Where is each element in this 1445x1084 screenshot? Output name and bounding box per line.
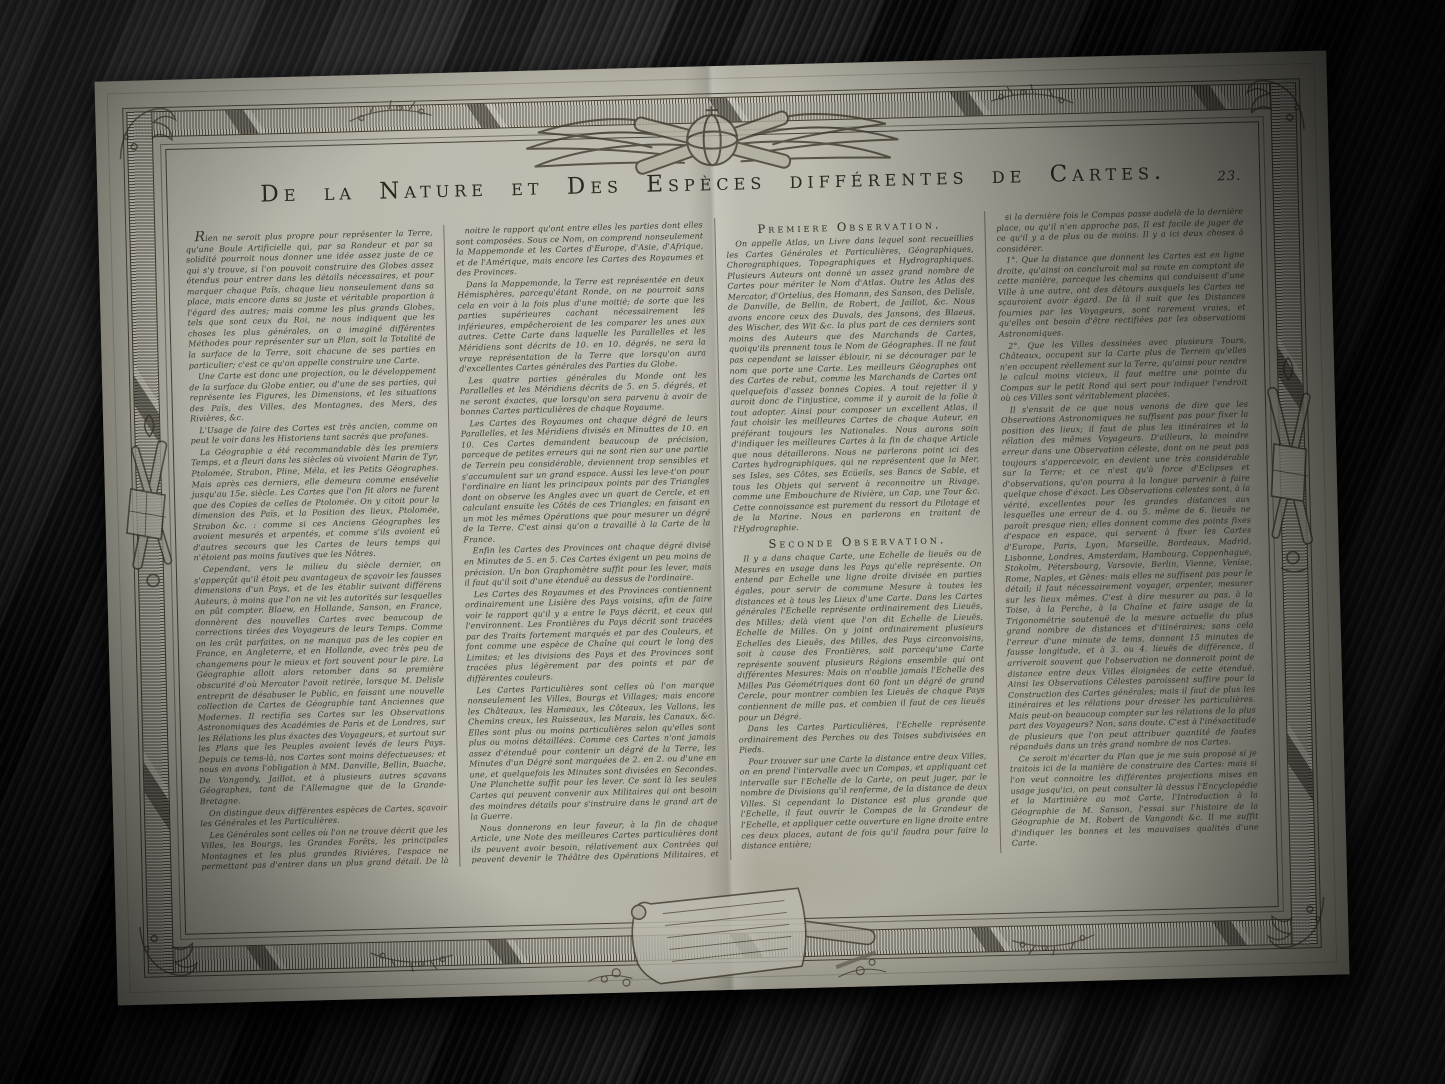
paragraph: Pour trouver sur une Carte la distance e… — [739, 751, 989, 852]
paragraph: Les Générales sont celles où l'on ne tro… — [200, 825, 449, 874]
paragraph: Les quatre parties générales du Monde on… — [459, 370, 707, 418]
paragraph: Nous donnerons en leur faveur, à la fin … — [471, 818, 720, 867]
paragraph: Une Carte est donc une projection, ou le… — [189, 366, 438, 425]
paragraph: Les Cartes Particulières sont celles où … — [467, 680, 718, 823]
paragraph: Cependant, vers le milieu du siècle dern… — [194, 559, 447, 808]
paragraph: Ce seroit m'écarter du Plan que je me su… — [1010, 748, 1260, 849]
paragraph: Rien ne seroit plus propre pour représen… — [185, 227, 436, 371]
column-2: noitre le rapport qu'ont entre elles les… — [443, 218, 729, 867]
column-3: Premiere Observation. On appelle Atlas, … — [714, 211, 1000, 860]
paragraph: Dans la Mappemonde, la Terre est représe… — [457, 274, 707, 375]
text-columns: Rien ne seroit plus propre pour représen… — [174, 204, 1270, 873]
paragraph: La Géographie a été recommandable dès le… — [191, 442, 441, 564]
paragraph: Il y a dans chaque Carte, une Echelle de… — [734, 549, 985, 724]
photograph-of-antique-print: 23. De la Nature et Des Espèces différen… — [0, 0, 1445, 1084]
paragraph: Les Cartes des Royaumes et des Provinces… — [465, 584, 715, 685]
paragraph: 2°. Que les Villes dessinées avec plusie… — [999, 335, 1248, 405]
paragraph: noitre le rapport qu'ont entre elles les… — [456, 220, 705, 279]
paragraph: Il s'ensuit de ce que nous venons de dir… — [1001, 399, 1257, 753]
column-4: si la dernière fois le Compas passe aude… — [984, 204, 1270, 853]
print-sheet: 23. De la Nature et Des Espèces différen… — [95, 51, 1350, 1006]
paragraph: si la dernière fois le Compas passe aude… — [996, 207, 1244, 255]
paragraph: Les Cartes des Royaumes ont chaque dégré… — [460, 413, 710, 546]
paragraph: Dans les Cartes Particulières, l'Echelle… — [738, 718, 986, 756]
paragraph: Enfin les Cartes des Provinces ont chaqu… — [464, 541, 712, 589]
paragraph: On appelle Atlas, un Livre dans lequel s… — [726, 234, 981, 535]
paragraph: 1°. Que la distance que donnent les Cart… — [997, 250, 1246, 341]
column-1: Rien ne seroit plus propre pour représen… — [174, 225, 459, 874]
